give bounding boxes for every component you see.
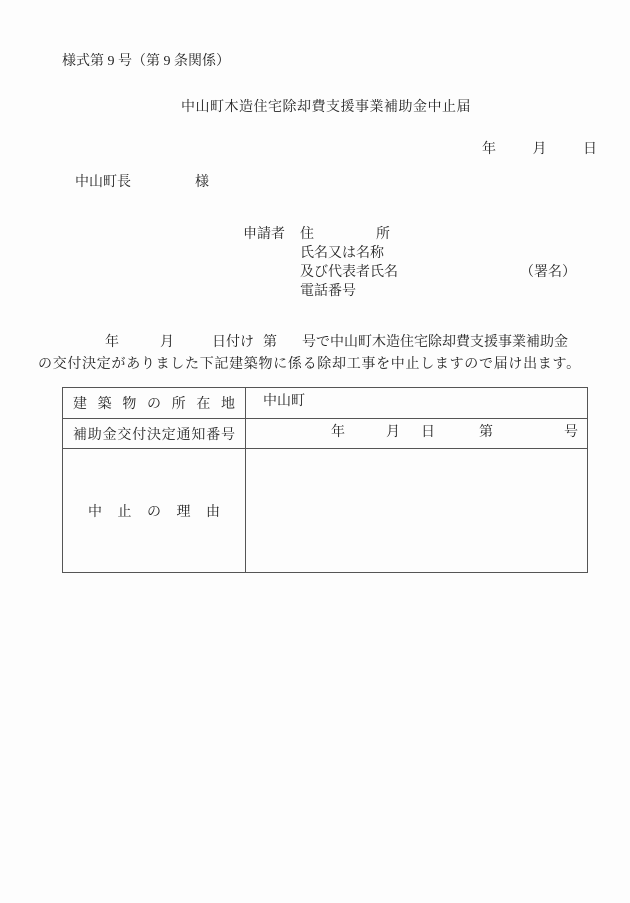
body-number-rest: 号で中山町木造住宅除却費支援事業補助金 bbox=[302, 332, 568, 354]
reason-value-cell bbox=[246, 449, 587, 572]
notice-number-suffix: 号 bbox=[564, 419, 578, 447]
date-line: 年 月 日 bbox=[482, 138, 597, 158]
body-number-prefix: 第 bbox=[263, 332, 277, 354]
notice-number-value-cell: 年 月 日 第 号 bbox=[246, 419, 587, 448]
body-month-blank: 月 bbox=[160, 332, 174, 354]
document-title: 中山町木造住宅除却費支援事業補助金中止届 bbox=[0, 96, 630, 116]
table-row-location: 建築物の所在地 中山町 bbox=[63, 388, 587, 418]
address-label-start: 住 bbox=[300, 225, 314, 244]
applicant-name-line: 氏名又は名称 bbox=[243, 244, 603, 263]
reason-label: 中止の理由 bbox=[88, 501, 220, 521]
addressee-honorific: 様 bbox=[195, 171, 209, 191]
location-label-cell: 建築物の所在地 bbox=[63, 388, 246, 418]
location-label: 建築物の所在地 bbox=[73, 393, 235, 413]
table-row-notice-number: 補助金交付決定通知番号 年 月 日 第 号 bbox=[63, 418, 587, 448]
applicant-representative-label: 及び代表者氏名 bbox=[300, 263, 398, 282]
addressee-name: 中山町長 bbox=[75, 171, 131, 191]
table-row-reason: 中止の理由 bbox=[63, 448, 587, 572]
notice-number-prefix: 第 bbox=[479, 419, 493, 447]
applicant-label: 申請者 bbox=[243, 227, 285, 242]
body-year-blank: 年 bbox=[105, 332, 119, 354]
body-line1: 年 月 日付け 第 号で中山町木造住宅除却費支援事業補助金 bbox=[38, 332, 595, 354]
applicant-phone-line: 電話番号 bbox=[243, 282, 603, 301]
form-number: 様式第 9 号（第 9 条関係） bbox=[62, 50, 230, 70]
body-day-blank: 日付け bbox=[212, 332, 254, 354]
date-year-label: 年 bbox=[482, 138, 496, 158]
notice-number-label-cell: 補助金交付決定通知番号 bbox=[63, 419, 246, 448]
notice-month-label: 月 bbox=[386, 419, 400, 447]
document-page: 様式第 9 号（第 9 条関係） 中山町木造住宅除却費支援事業補助金中止届 年 … bbox=[0, 0, 630, 903]
applicant-address-label: 住所 bbox=[300, 225, 390, 244]
applicant-block: 申請者住所 氏名又は名称 及び代表者氏名 （署名） 電話番号 bbox=[243, 225, 603, 301]
signature-note: （署名） bbox=[520, 263, 576, 282]
body-line2: の交付決定がありました下記建築物に係る除却工事を中止しますので届け出ます。 bbox=[38, 354, 595, 376]
date-day-label: 日 bbox=[583, 138, 597, 158]
applicant-representative-line: 及び代表者氏名 （署名） bbox=[243, 263, 603, 282]
address-label-end: 所 bbox=[376, 225, 390, 244]
applicant-name-label: 氏名又は名称 bbox=[300, 244, 384, 263]
notice-year-label: 年 bbox=[331, 419, 345, 447]
addressee-line: 中山町長 様 bbox=[75, 171, 209, 191]
applicant-address-line: 申請者住所 bbox=[243, 225, 603, 244]
location-value-cell: 中山町 bbox=[246, 388, 587, 418]
notice-number-label: 補助金交付決定通知番号 bbox=[73, 424, 235, 444]
form-table: 建築物の所在地 中山町 補助金交付決定通知番号 年 月 日 第 号 中止の理由 bbox=[62, 387, 588, 573]
reason-label-cell: 中止の理由 bbox=[63, 449, 246, 572]
body-paragraph: 年 月 日付け 第 号で中山町木造住宅除却費支援事業補助金 の交付決定がありまし… bbox=[38, 332, 595, 376]
notice-day-label: 日 bbox=[421, 419, 435, 447]
applicant-phone-label: 電話番号 bbox=[300, 282, 356, 301]
date-month-label: 月 bbox=[533, 138, 547, 158]
